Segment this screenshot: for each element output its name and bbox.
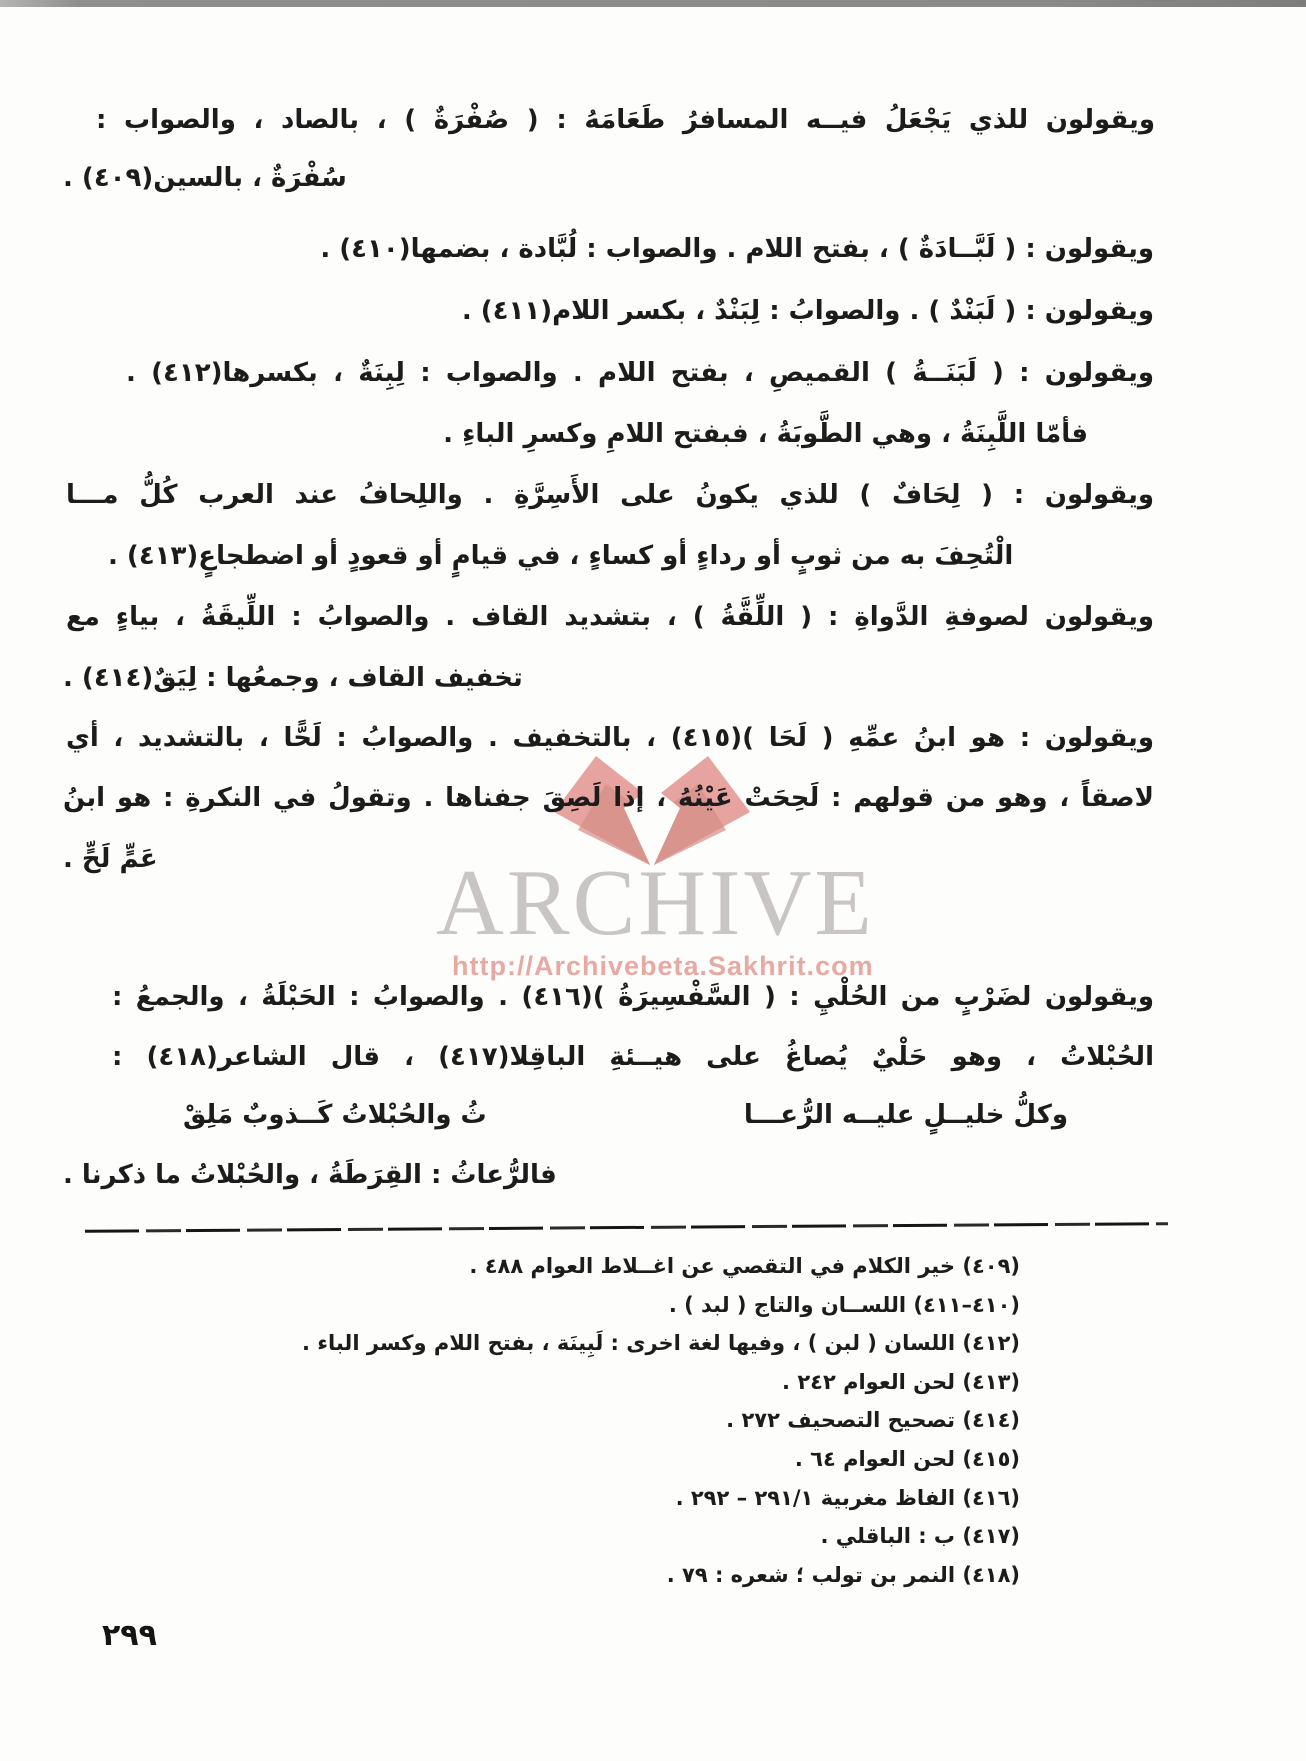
watermark-title: ARCHIVE xyxy=(436,856,875,950)
poetry-verse: وكلُّ خليــلٍ عليــه الرُّعـــا ثُ والحُ… xyxy=(183,1097,1068,1135)
body-line: الحُبْلاتُ ، وهو حَلْيٌ يُصاغُ على هيــئ… xyxy=(112,1039,1154,1077)
body-line: ويقولون لصوفةِ الدَّواةِ : ( اللِّقَّةُ … xyxy=(66,599,1154,637)
body-line: لاصقاً ، وهو من قولهم : لَحِحَتْ عَيْنُه… xyxy=(63,780,1154,818)
footnote-line: (٤١٢) اللسان ( لبن ) ، وفيها لغة اخرى : … xyxy=(302,1324,1020,1363)
body-line: ويقولون : هو ابنُ عمِّهِ ( لَحَا )(٤١٥) … xyxy=(66,720,1154,758)
body-line: فأمّا اللَّبِنَةُ ، وهي الطَّوبَةُ ، فبف… xyxy=(443,416,1088,454)
scan-edge-artifact xyxy=(0,0,1306,7)
footnote-line: (٤١٤) تصحيح التصحيف ٢٧٢ . xyxy=(302,1401,1020,1440)
scanned-book-page: ARCHIVE http://Archivebeta.Sakhrit.com و… xyxy=(0,0,1306,1761)
watermark-url: http://Archivebeta.Sakhrit.com xyxy=(452,951,874,982)
body-line: سُفْرَةٌ ، بالسين(٤٠٩) . xyxy=(63,160,347,198)
poetry-hemistich-left: ثُ والحُبْلاتُ كَــذوبٌ مَلِقْ xyxy=(183,1097,487,1135)
footnote-line: (٤١٧) ب : الباقلي . xyxy=(302,1517,1020,1556)
footnote-separator xyxy=(85,1222,1168,1233)
body-line: فالرُّعاثُ : القِرَطَةُ ، والحُبْلاتُ ما… xyxy=(63,1157,557,1195)
body-line: ويقولون لضَرْبٍ من الحُلْيِ : ( السَّفْس… xyxy=(112,979,1154,1017)
footnote-line: (٤١٠–٤١١) اللســان والتاج ( لبد ) . xyxy=(302,1286,1020,1325)
body-line: ويقولون : ( لِحَافٌ ) للذي يكونُ على الأ… xyxy=(66,477,1154,515)
body-line: الْتُحِفَ به من ثوبٍ أو رداءٍ أو كساءٍ ،… xyxy=(108,538,1013,576)
body-line: عَمٍّ لَحٍّ . xyxy=(63,841,158,879)
poetry-hemistich-right: وكلُّ خليــلٍ عليــه الرُّعـــا xyxy=(744,1097,1068,1135)
footnote-line: (٤١٣) لحن العوام ٢٤٢ . xyxy=(302,1363,1020,1402)
body-line: ويقولون : ( لَبَنْدٌ ) . والصوابُ : لِبَ… xyxy=(462,293,1154,331)
body-line: ويقولون للذي يَجْعَلُ فيــه المسافرُ طَع… xyxy=(96,102,1155,140)
footnote-line: (٤٠٩) خير الكلام في التقصي عن اغــلاط ال… xyxy=(302,1247,1020,1286)
footnote-line: (٤١٨) النمر بن تولب ؛ شعره : ٧٩ . xyxy=(302,1556,1020,1595)
footnotes-block: (٤٠٩) خير الكلام في التقصي عن اغــلاط ال… xyxy=(302,1247,1020,1594)
footnote-line: (٤١٥) لحن العوام ٦٤ . xyxy=(302,1440,1020,1479)
footnote-line: (٤١٦) الفاظ مغربية ٢٩١/١ – ٢٩٢ . xyxy=(302,1479,1020,1518)
body-line: تخفيف القاف ، وجمعُها : لِيَقٌ(٤١٤) . xyxy=(63,660,523,698)
page-number: ٢٩٩ xyxy=(102,1618,157,1653)
body-line: ويقولون : ( لَبَّــادَةٌ ) ، بفتح اللام … xyxy=(320,231,1154,269)
body-line: ويقولون : ( لَبَنَــةُ ) القميصِ ، بفتح … xyxy=(126,355,1154,393)
